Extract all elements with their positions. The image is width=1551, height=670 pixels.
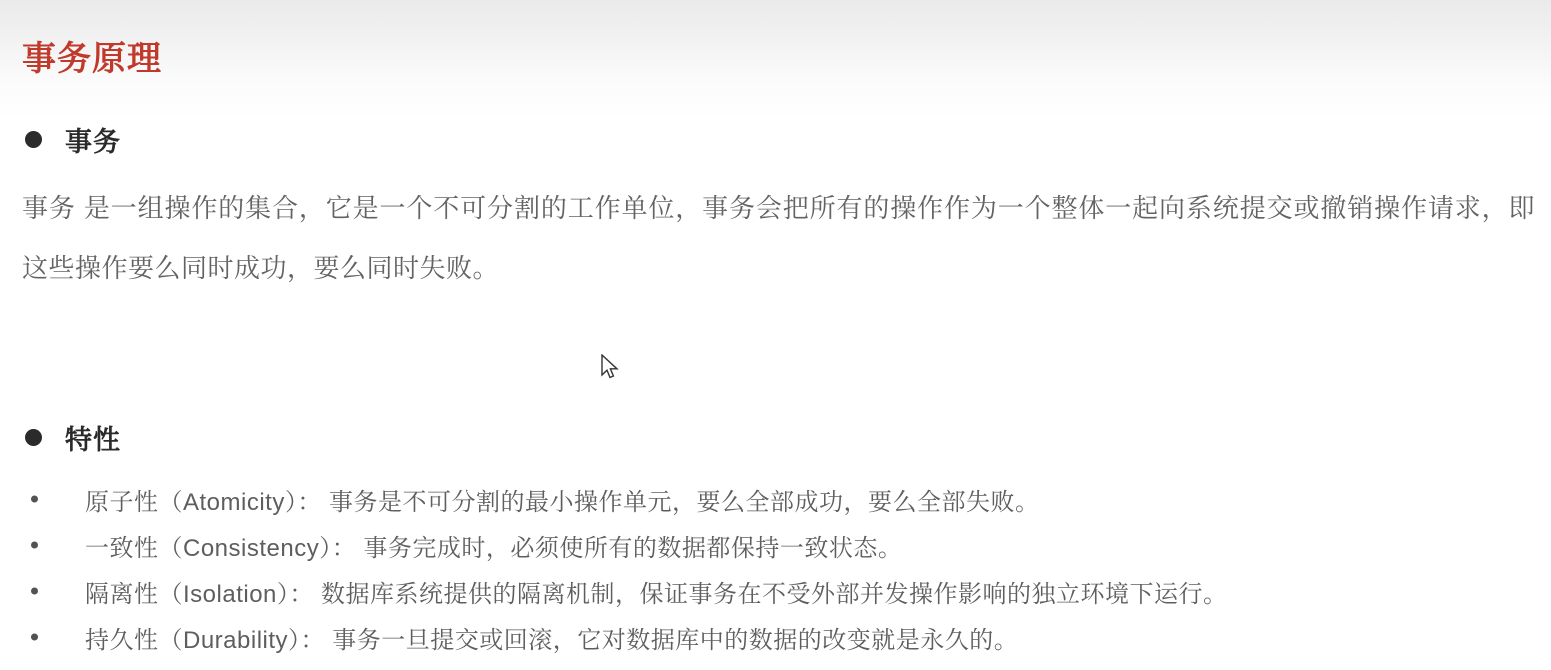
filled-circle-bullet-icon [25, 131, 42, 148]
list-item: 持久性（Durability）： 事务一旦提交或回滚，它对数据库中的数据的改变就… [0, 614, 1531, 660]
list-item-text: 隔离性（Isolation）： 数据库系统提供的隔离机制，保证事务在不受外部并发… [85, 574, 1228, 609]
feature-list: 原子性（Atomicity）： 事务是不可分割的最小操作单元，要么全部成功，要么… [0, 476, 1531, 660]
section-heading-transaction: 事务 [25, 119, 121, 159]
dot-bullet-icon [31, 634, 38, 641]
list-item-text: 原子性（Atomicity）： 事务是不可分割的最小操作单元，要么全部成功，要么… [85, 482, 1040, 517]
section-heading-label: 事务 [65, 120, 121, 159]
section-heading-feature: 特性 [25, 417, 121, 457]
page-title: 事务原理 [22, 31, 162, 80]
list-item: 原子性（Atomicity）： 事务是不可分割的最小操作单元，要么全部成功，要么… [0, 476, 1531, 522]
transaction-definition-paragraph: 事务 是一组操作的集合，它是一个不可分割的工作单位，事务会把所有的操作作为一个整… [22, 178, 1535, 298]
dot-bullet-icon [31, 588, 38, 595]
mouse-cursor-icon [600, 354, 620, 382]
filled-circle-bullet-icon [25, 429, 42, 446]
list-item-text: 一致性（Consistency）： 事务完成时，必须使所有的数据都保持一致状态。 [85, 528, 902, 563]
list-item-text: 持久性（Durability）： 事务一旦提交或回滚，它对数据库中的数据的改变就… [85, 620, 1018, 655]
list-item: 一致性（Consistency）： 事务完成时，必须使所有的数据都保持一致状态。 [0, 522, 1531, 568]
dot-bullet-icon [31, 542, 38, 549]
document-page: 事务原理 事务 事务 是一组操作的集合，它是一个不可分割的工作单位，事务会把所有… [0, 0, 1551, 670]
section-heading-label: 特性 [65, 418, 121, 457]
list-item: 隔离性（Isolation）： 数据库系统提供的隔离机制，保证事务在不受外部并发… [0, 568, 1531, 614]
dot-bullet-icon [31, 496, 38, 503]
